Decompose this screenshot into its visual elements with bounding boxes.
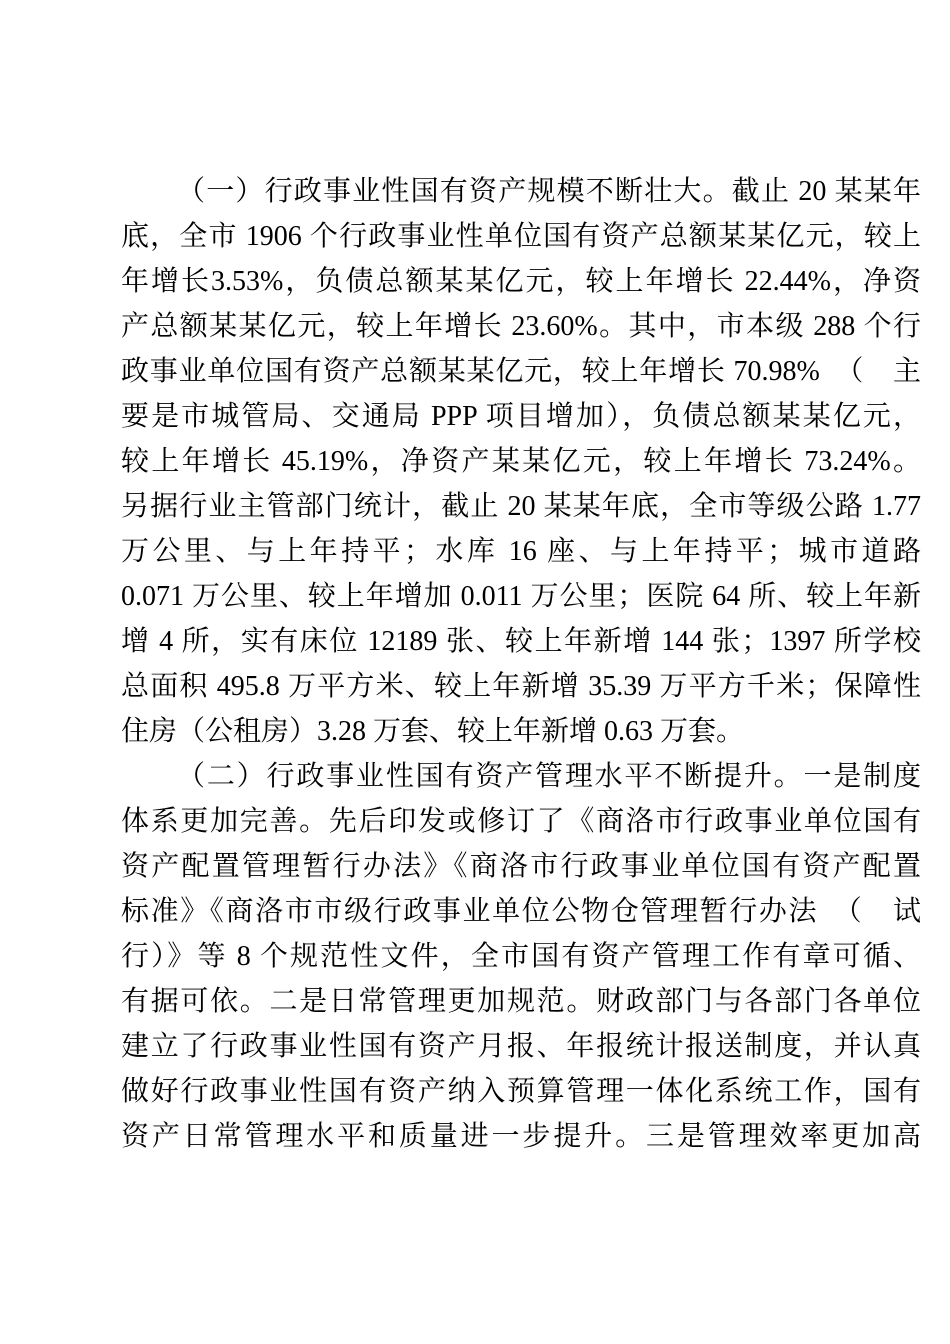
text-line: （二）行政事业性国有资产管理水平不断提升。一是制度	[121, 754, 921, 799]
text-line: 较上年增长 45.19%，净资产某某亿元，较上年增长 73.24%。	[121, 439, 921, 484]
text-line: 标准》《商洛市市级行政事业单位公物仓管理暂行办法 （ 试	[121, 889, 921, 934]
text-line: 建立了行政事业性国有资产月报、年报统计报送制度，并认真	[121, 1024, 921, 1069]
text-line: 底，全市 1906 个行政事业性单位国有资产总额某某亿元，较上	[121, 214, 921, 259]
text-line: 增 4 所，实有床位 12189 张、较上年新增 144 张；1397 所学校	[121, 619, 921, 664]
paragraph-2: （二）行政事业性国有资产管理水平不断提升。一是制度 体系更加完善。先后印发或修订…	[121, 754, 921, 1159]
paragraph-1: （一）行政事业性国有资产规模不断壮大。截止 20 某某年 底，全市 1906 个…	[121, 169, 921, 754]
text-line: 政事业单位国有资产总额某某亿元，较上年增长 70.98% （ 主	[121, 349, 921, 394]
text-line: 行）》等 8 个规范性文件，全市国有资产管理工作有章可循、	[121, 934, 921, 979]
text-line: 总面积 495.8 万平方米、较上年新增 35.39 万平方千米；保障性	[121, 664, 921, 709]
text-line: 住房（公租房）3.28 万套、较上年新增 0.63 万套。	[121, 709, 921, 754]
text-line: 万公里、与上年持平；水库 16 座、与上年持平；城市道路	[121, 529, 921, 574]
text-line: 体系更加完善。先后印发或修订了《商洛市行政事业单位国有	[121, 799, 921, 844]
text-line: 资产日常管理水平和质量进一步提升。三是管理效率更加高	[121, 1114, 921, 1159]
text-line: 产总额某某亿元，较上年增长 23.60%。其中，市本级 288 个行	[121, 304, 921, 349]
text-line: 年增长3.53%，负债总额某某亿元，较上年增长 22.44%，净资	[121, 259, 921, 304]
text-line: 要是市城管局、交通局 PPP 项目增加），负债总额某某亿元，	[121, 394, 921, 439]
text-line: 有据可依。二是日常管理更加规范。财政部门与各部门各单位	[121, 979, 921, 1024]
text-line: （一）行政事业性国有资产规模不断壮大。截止 20 某某年	[121, 169, 921, 214]
text-line: 做好行政事业性国有资产纳入预算管理一体化系统工作，国有	[121, 1069, 921, 1114]
text-line: 资产配置管理暂行办法》《商洛市行政事业单位国有资产配置	[121, 844, 921, 889]
text-line: 0.071 万公里、较上年增加 0.011 万公里；医院 64 所、较上年新	[121, 574, 921, 619]
document-page: （一）行政事业性国有资产规模不断壮大。截止 20 某某年 底，全市 1906 个…	[0, 0, 950, 1344]
text-line: 另据行业主管部门统计，截止 20 某某年底，全市等级公路 1.77	[121, 484, 921, 529]
